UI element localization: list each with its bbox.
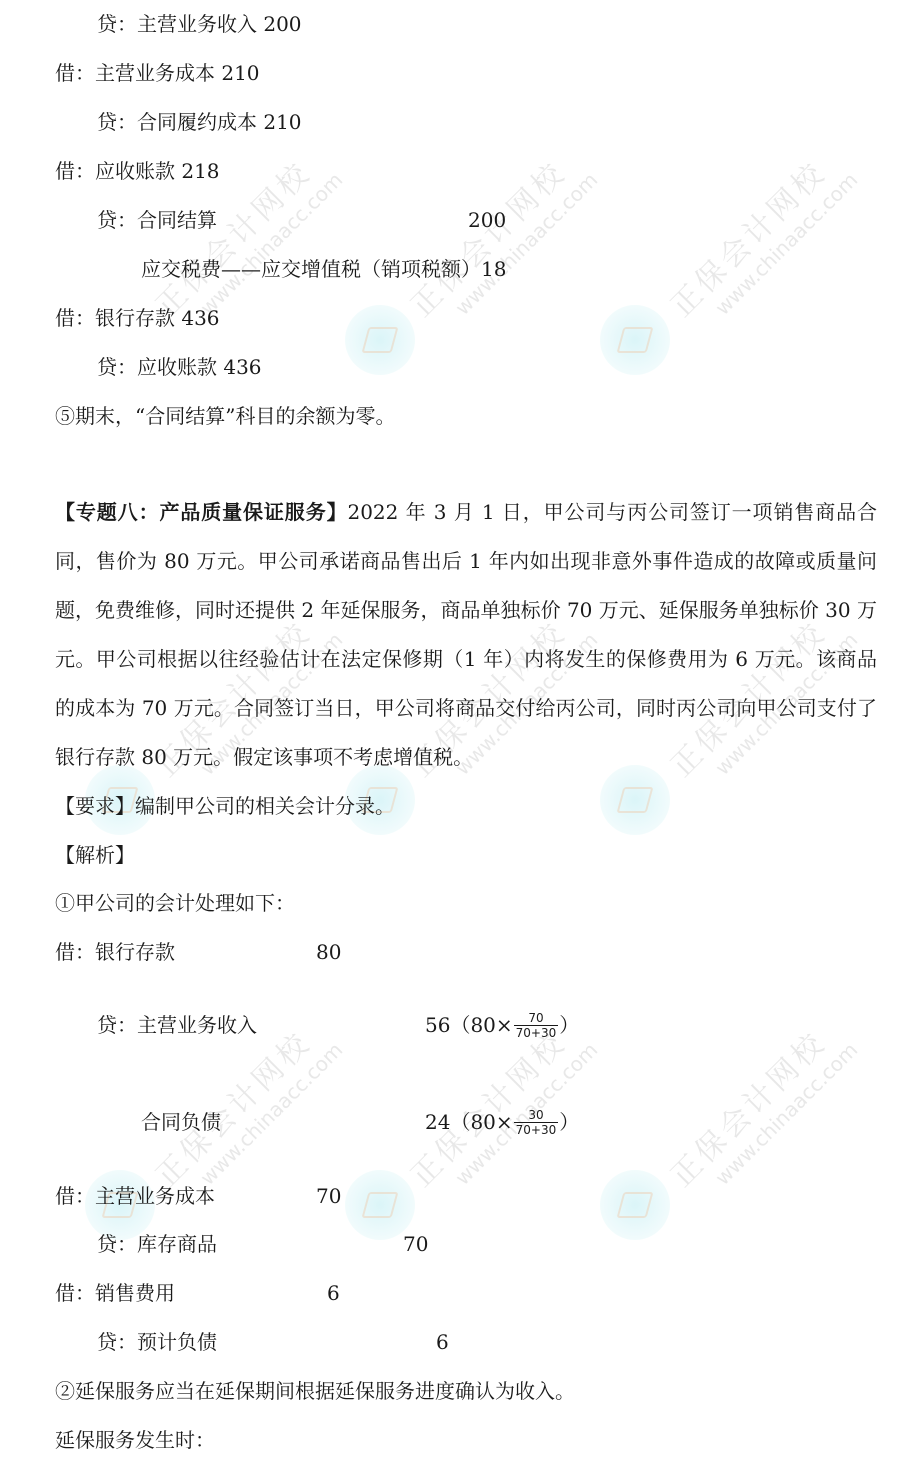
journal-amount-formula: 56（80× 7070+30 ） (425, 1002, 579, 1048)
topic-body: 2022 年 3 月 1 日，甲公司与丙公司签订一项销售商品合同，售价为 80 … (55, 500, 877, 769)
document-page: 贷：主营业务收入 200 借：主营业务成本 210 贷：合同履约成本 210 借… (0, 0, 897, 1462)
requirement-line: 【要求】编制甲公司的相关会计分录。 (55, 794, 395, 818)
topic-paragraph: 【专题八：产品质量保证服务】2022 年 3 月 1 日，甲公司与丙公司签订一项… (55, 488, 877, 782)
journal-amount: 6 (327, 1281, 340, 1305)
journal-line: 合同负债 (141, 1110, 221, 1134)
journal-line: 贷：主营业务收入 (97, 1013, 257, 1037)
journal-line: 借：应收账款 218 (55, 159, 220, 183)
step-1-line: ①甲公司的会计处理如下： (55, 891, 295, 915)
journal-line: 贷：预计负债 (97, 1330, 217, 1354)
journal-amount-formula: 24（80× 3070+30 ） (425, 1099, 579, 1145)
journal-line: 贷：主营业务收入 200 (97, 12, 302, 36)
journal-line: 借：银行存款 (55, 940, 175, 964)
journal-line: 借：主营业务成本 (55, 1184, 215, 1208)
topic-heading: 【专题八：产品质量保证服务】 (55, 500, 347, 524)
journal-line: 贷：合同履约成本 210 (97, 110, 302, 134)
journal-line: 借：银行存款 436 (55, 306, 220, 330)
journal-line: 应交税费——应交增值税（销项税额）18 (141, 257, 506, 281)
step-2-line: ②延保服务应当在延保期间根据延保服务进度确认为收入。 (55, 1379, 575, 1403)
fraction: 3070+30 (514, 1108, 559, 1137)
journal-amount: 70 (403, 1232, 428, 1256)
journal-amount: 70 (316, 1184, 341, 1208)
journal-amount: 80 (316, 940, 341, 964)
journal-line: 借：销售费用 (55, 1281, 175, 1305)
journal-line: 贷：库存商品 (97, 1232, 217, 1256)
journal-line: 借：主营业务成本 210 (55, 61, 260, 85)
note-line: ⑤期末，“合同结算”科目的余额为零。 (55, 404, 395, 428)
analysis-label: 【解析】 (55, 843, 135, 867)
fraction: 7070+30 (514, 1011, 559, 1040)
journal-line: 贷：应收账款 436 (97, 355, 262, 379)
journal-amount: 200 (468, 208, 506, 232)
journal-line: 贷：合同结算 (97, 208, 217, 232)
journal-amount: 6 (436, 1330, 449, 1354)
step-3-line: 延保服务发生时： (55, 1428, 215, 1452)
